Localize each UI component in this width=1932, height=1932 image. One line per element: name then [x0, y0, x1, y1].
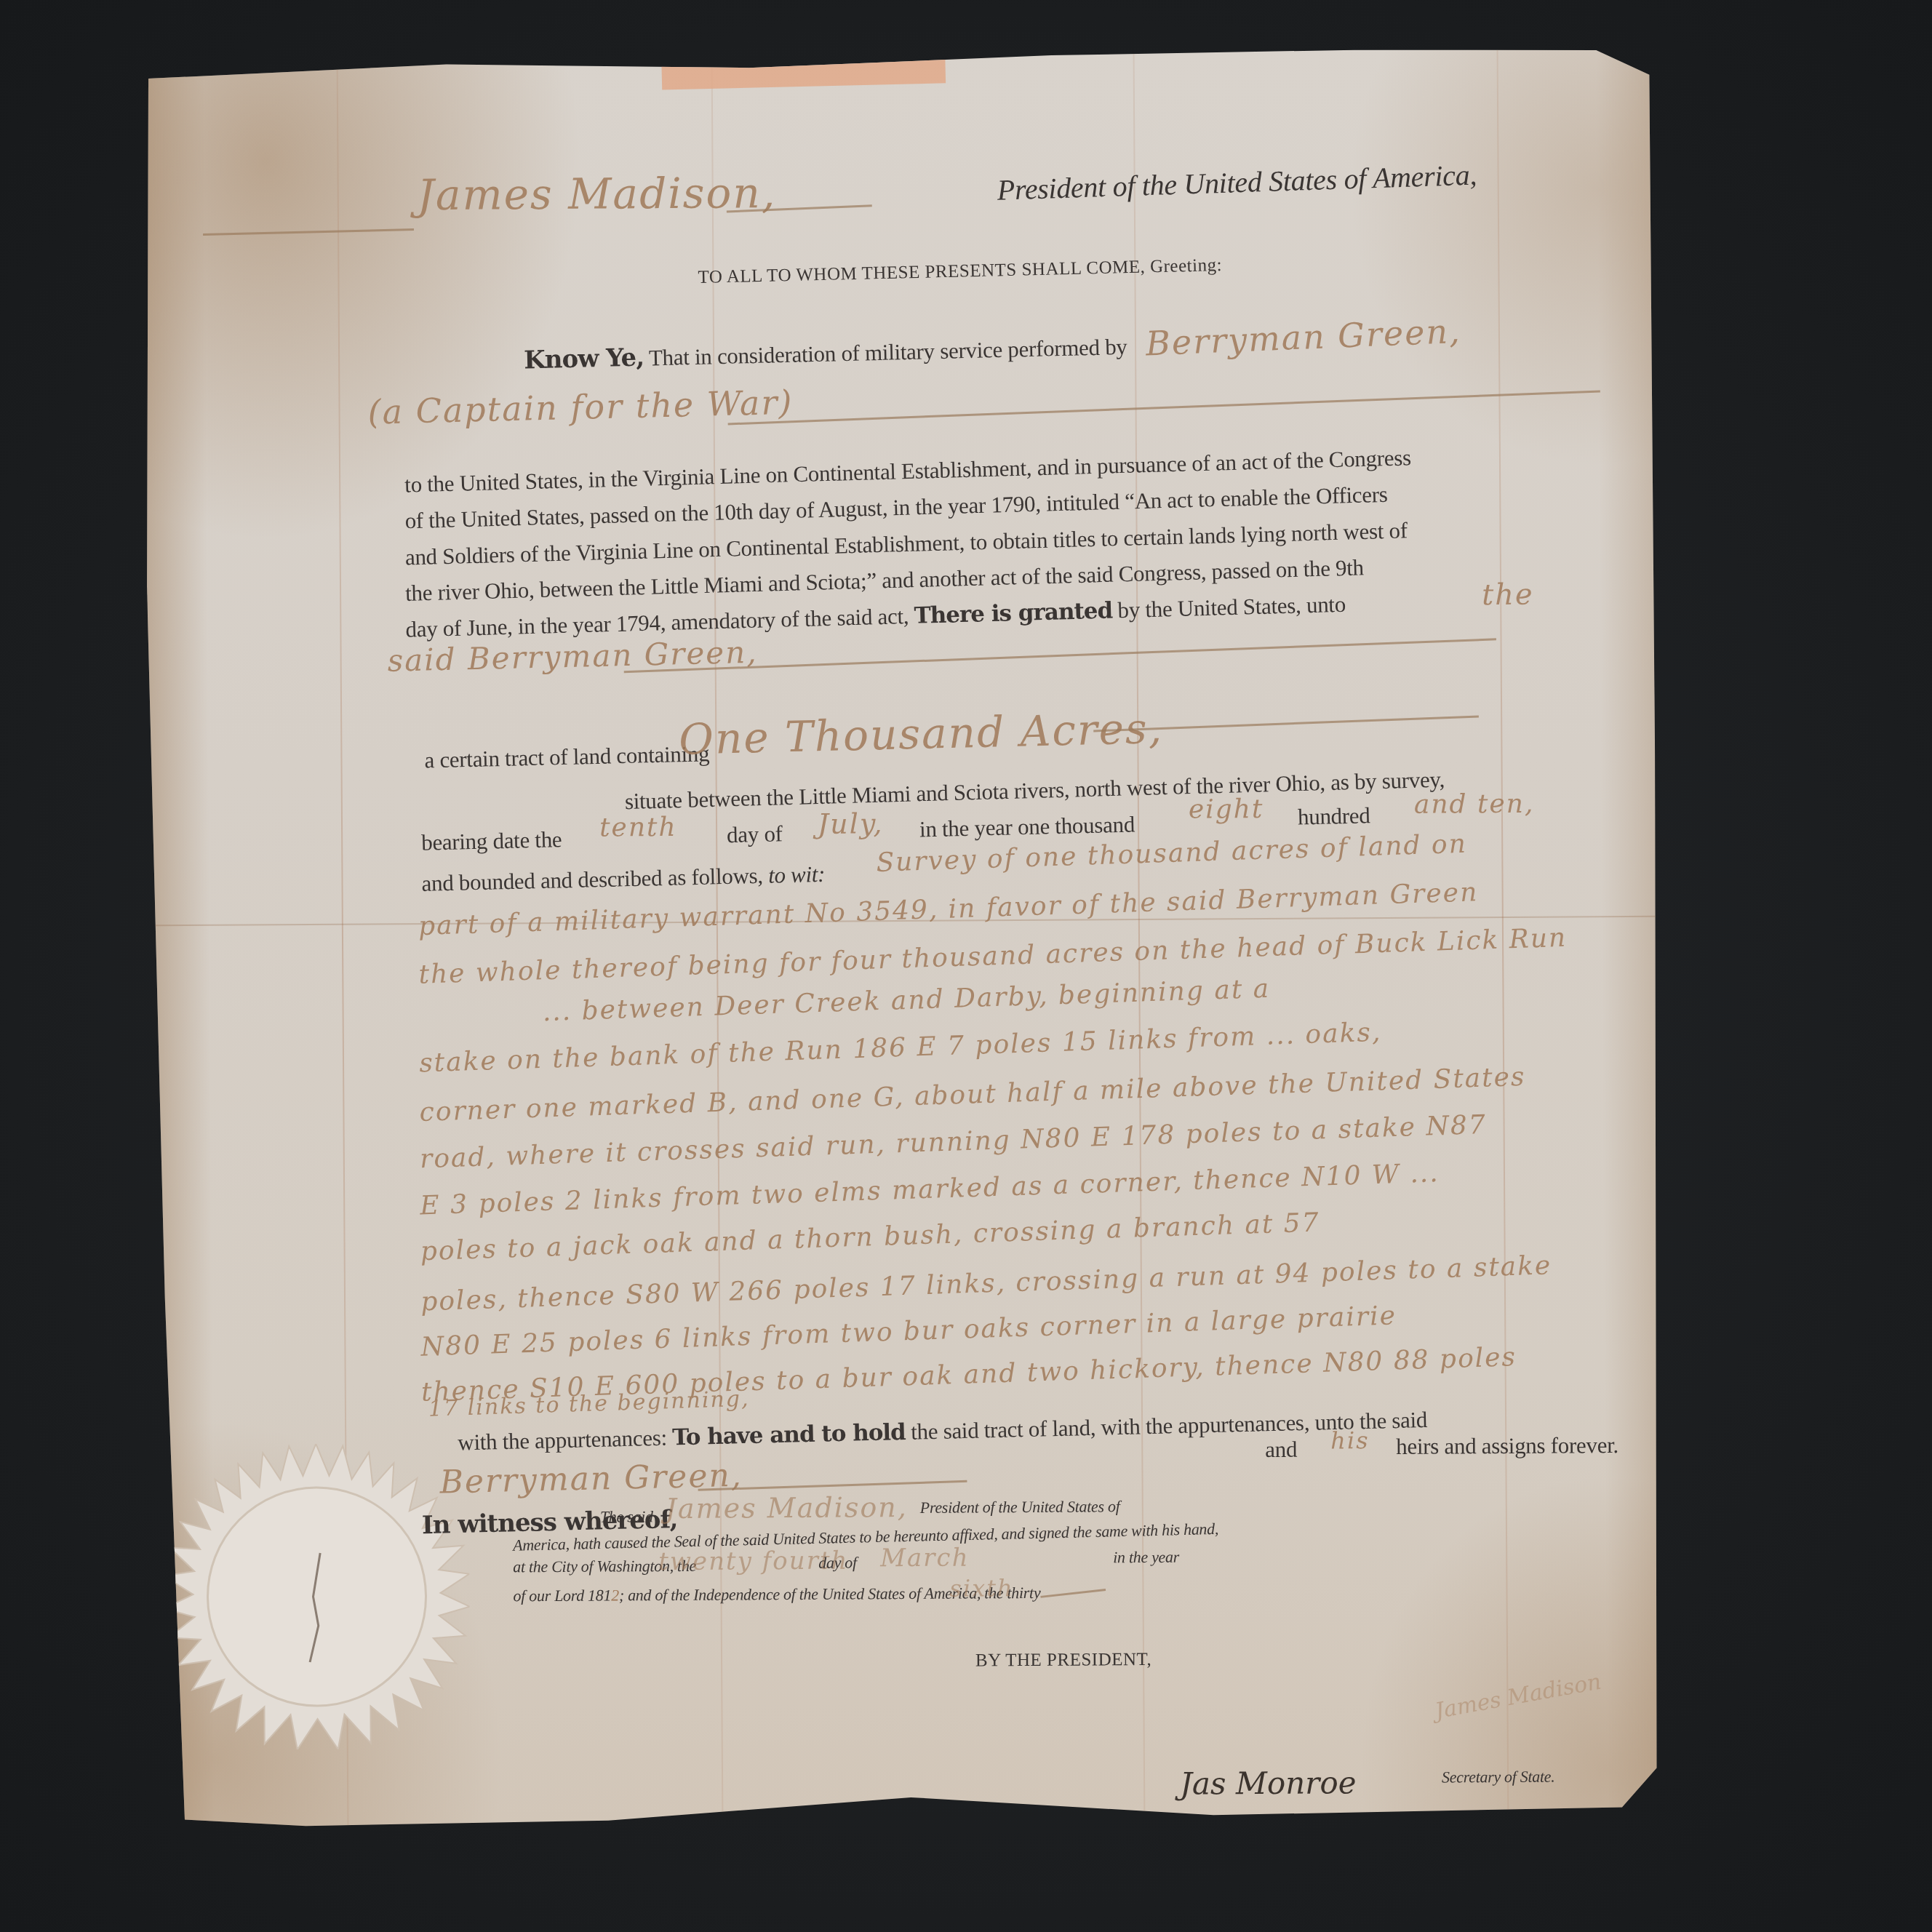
grantor-title: President of the United States of Americ…	[997, 158, 1477, 207]
ink-line	[203, 228, 414, 236]
secretary-signature: Jas Monroe	[1180, 1765, 1357, 1801]
land-grant-document: James Madison, President of the United S…	[144, 47, 1668, 1831]
to-have-and-to-hold-blackletter: To have and to hold	[672, 1419, 906, 1451]
survey-line: poles to a jack oak and a thorn bush, cr…	[420, 1207, 1320, 1266]
grantor-handwritten: James Madison,	[418, 168, 777, 220]
month-handwritten: July,	[818, 807, 884, 840]
habendum-and: and	[1265, 1437, 1297, 1463]
bounded-line: and bounded and described as follows, to…	[421, 861, 825, 897]
year-mid: hundred	[1298, 802, 1370, 830]
preamble-text: That in consideration of military servic…	[648, 334, 1127, 370]
president-signature: James Madison	[1433, 1669, 1603, 1724]
acreage-handwritten: One Thousand Acres,	[679, 703, 1164, 765]
president-handwritten: James Madison,	[666, 1491, 908, 1525]
tract-date-line: bearing date the	[421, 826, 562, 856]
habendum-prefix: with the appurtenances:	[458, 1425, 667, 1456]
day-of: day of	[727, 821, 783, 848]
his-handwritten: his	[1330, 1426, 1369, 1454]
day-of-2: day of	[818, 1553, 857, 1572]
habendum-tail: heirs and assigns forever.	[1396, 1432, 1618, 1460]
in-the-year: in the year	[1113, 1548, 1179, 1568]
ink-line	[728, 390, 1600, 425]
testimonium-line-1: President of the United States of	[920, 1497, 1120, 1517]
grant-clause-text: by the United States, unto	[1117, 591, 1346, 623]
year-handwritten-2: and ten,	[1414, 789, 1535, 820]
lord-year-prefix: of our Lord 181	[513, 1586, 611, 1605]
grant-tail-handwritten: the	[1482, 578, 1534, 612]
month-handwritten-2: March	[880, 1543, 970, 1573]
grantee-handwritten: Berryman Green,	[1145, 311, 1462, 364]
independence-handwritten: sixth	[949, 1574, 1013, 1602]
year-prefix: in the year one thousand	[919, 811, 1135, 842]
there-is-granted-blackletter: There is granted	[914, 597, 1112, 628]
date-prefix: bearing date the	[421, 826, 562, 855]
year-handwritten-1: eight	[1189, 794, 1264, 825]
the-said: The said	[600, 1507, 653, 1526]
bounded-label: and bounded and described as follows,	[421, 863, 763, 896]
by-the-president: BY THE PRESIDENT,	[975, 1650, 1151, 1671]
day-handwritten: tenth	[599, 813, 677, 843]
to-wit: to wit:	[768, 861, 826, 888]
tract-label: a certain tract of land containing	[424, 741, 710, 773]
year-digit-handwritten: 2	[611, 1586, 619, 1604]
know-ye-blackletter: Know Ye,	[524, 343, 644, 375]
embossed-seal-icon	[163, 1443, 471, 1751]
secretary-title: Secretary of State.	[1442, 1768, 1555, 1787]
salutation: TO ALL TO WHOM THESE PRESENTS SHALL COME…	[698, 255, 1222, 288]
ink-line	[1040, 1589, 1106, 1598]
preamble-line: Know Ye, That in consideration of milita…	[524, 332, 1127, 375]
